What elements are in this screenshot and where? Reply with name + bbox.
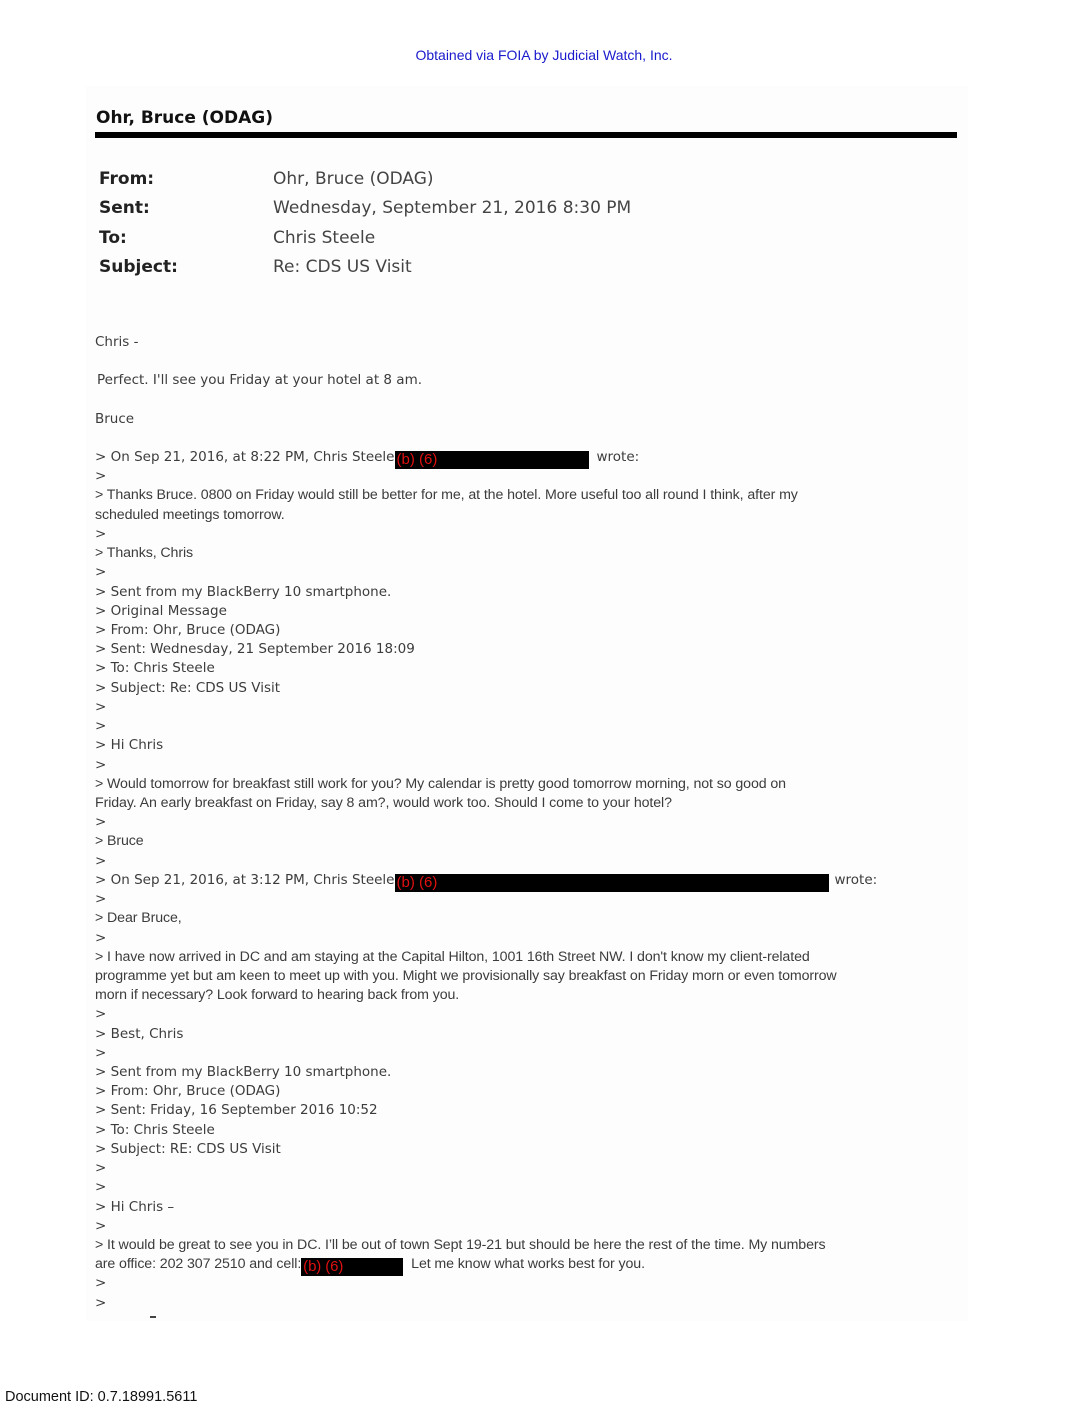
quoted-text: wrote: — [835, 872, 878, 888]
quoted-line: > On Sep 21, 2016, at 3:12 PM, Chris Ste… — [95, 871, 877, 892]
header-label: From: — [99, 169, 154, 189]
quoted-text: wrote: — [597, 449, 640, 465]
quoted-line: > — [95, 1294, 106, 1313]
header-value: Wednesday, September 21, 2016 8:30 PM — [273, 198, 631, 218]
quoted-text: are office: 202 307 2510 and cell: — [95, 1256, 301, 1272]
quoted-line: > Would tomorrow for breakfast still wor… — [95, 775, 786, 794]
quoted-line: > — [95, 1178, 106, 1197]
quoted-text: > On Sep 21, 2016, at 3:12 PM, Chris Ste… — [95, 872, 395, 888]
quoted-line: programme yet but am keen to meet up wit… — [95, 967, 837, 986]
quoted-line: morn if necessary? Look forward to heari… — [95, 986, 459, 1005]
quoted-line: scheduled meetings tomorrow. — [95, 506, 285, 525]
quoted-line: > — [95, 1217, 106, 1236]
quoted-line: > — [95, 1005, 106, 1024]
quoted-line: > It would be great to see you in DC. I’… — [95, 1236, 826, 1255]
quoted-line: > Sent: Wednesday, 21 September 2016 18:… — [95, 640, 415, 659]
email-page — [86, 86, 968, 1321]
header-value: Ohr, Bruce (ODAG) — [273, 169, 434, 189]
quoted-line: > Bruce — [95, 832, 144, 851]
header-rule — [95, 132, 957, 138]
quoted-line: > I have now arrived in DC and am stayin… — [95, 948, 810, 967]
quoted-line: > Thanks, Chris — [95, 544, 193, 563]
quoted-line: > Subject: RE: CDS US Visit — [95, 1140, 281, 1159]
quoted-line: Friday. An early breakfast on Friday, sa… — [95, 794, 672, 813]
quoted-text: Let me know what works best for you. — [411, 1256, 645, 1272]
redaction-box: (b) (6) — [395, 874, 829, 892]
header-value: Re: CDS US Visit — [273, 257, 412, 277]
body-signature: Bruce — [95, 410, 134, 429]
quoted-line: > — [95, 813, 106, 832]
quoted-line: > To: Chris Steele — [95, 659, 215, 678]
quoted-line: > — [95, 717, 106, 736]
quoted-line: > — [95, 929, 106, 948]
header-value: Chris Steele — [273, 228, 375, 248]
quoted-line: > Original Message — [95, 602, 227, 621]
redaction-box: (b) (6) — [395, 451, 589, 469]
quoted-line: > — [95, 698, 106, 717]
quoted-line: > — [95, 1159, 106, 1178]
header-label: Sent: — [99, 198, 150, 218]
quoted-text: > On Sep 21, 2016, at 8:22 PM, Chris Ste… — [95, 449, 395, 465]
foia-watermark: Obtained via FOIA by Judicial Watch, Inc… — [0, 47, 1088, 63]
quoted-line: > From: Ohr, Bruce (ODAG) — [95, 1082, 280, 1101]
quoted-line: > — [95, 890, 106, 909]
quoted-line: > — [95, 563, 106, 582]
quoted-line: > Hi Chris — [95, 736, 163, 755]
quoted-line: > Subject: Re: CDS US Visit — [95, 679, 280, 698]
quoted-line: > Sent from my BlackBerry 10 smartphone. — [95, 1063, 391, 1082]
sender-title: Ohr, Bruce (ODAG) — [96, 108, 273, 128]
quoted-line: > Hi Chris – — [95, 1198, 174, 1217]
quoted-line: > On Sep 21, 2016, at 8:22 PM, Chris Ste… — [95, 448, 639, 469]
redaction-box: (b) (6) — [301, 1258, 403, 1276]
body-message: Perfect. I'll see you Friday at your hot… — [97, 371, 422, 390]
quoted-line: > — [95, 756, 106, 775]
quoted-line: are office: 202 307 2510 and cell:(b) (6… — [95, 1255, 645, 1276]
quoted-line: > — [95, 852, 106, 871]
header-label: Subject: — [99, 257, 178, 277]
quoted-line: > — [95, 1274, 106, 1293]
quoted-line: > Sent: Friday, 16 September 2016 10:52 — [95, 1101, 378, 1120]
quoted-line: > Sent from my BlackBerry 10 smartphone. — [95, 583, 391, 602]
quoted-line: > Best, Chris — [95, 1025, 183, 1044]
document-id: Document ID: 0.7.18991.5611 — [5, 1389, 197, 1405]
quoted-line: > — [95, 525, 106, 544]
quoted-line: > Thanks Bruce. 0800 on Friday would sti… — [95, 486, 798, 505]
quoted-line: > Dear Bruce, — [95, 909, 182, 928]
header-label: To: — [99, 228, 127, 248]
quoted-line: > — [95, 467, 106, 486]
body-greeting: Chris - — [95, 333, 138, 352]
quoted-line: > From: Ohr, Bruce (ODAG) — [95, 621, 280, 640]
page-cut-mark — [150, 1316, 156, 1318]
quoted-line: > To: Chris Steele — [95, 1121, 215, 1140]
quoted-line: > — [95, 1044, 106, 1063]
